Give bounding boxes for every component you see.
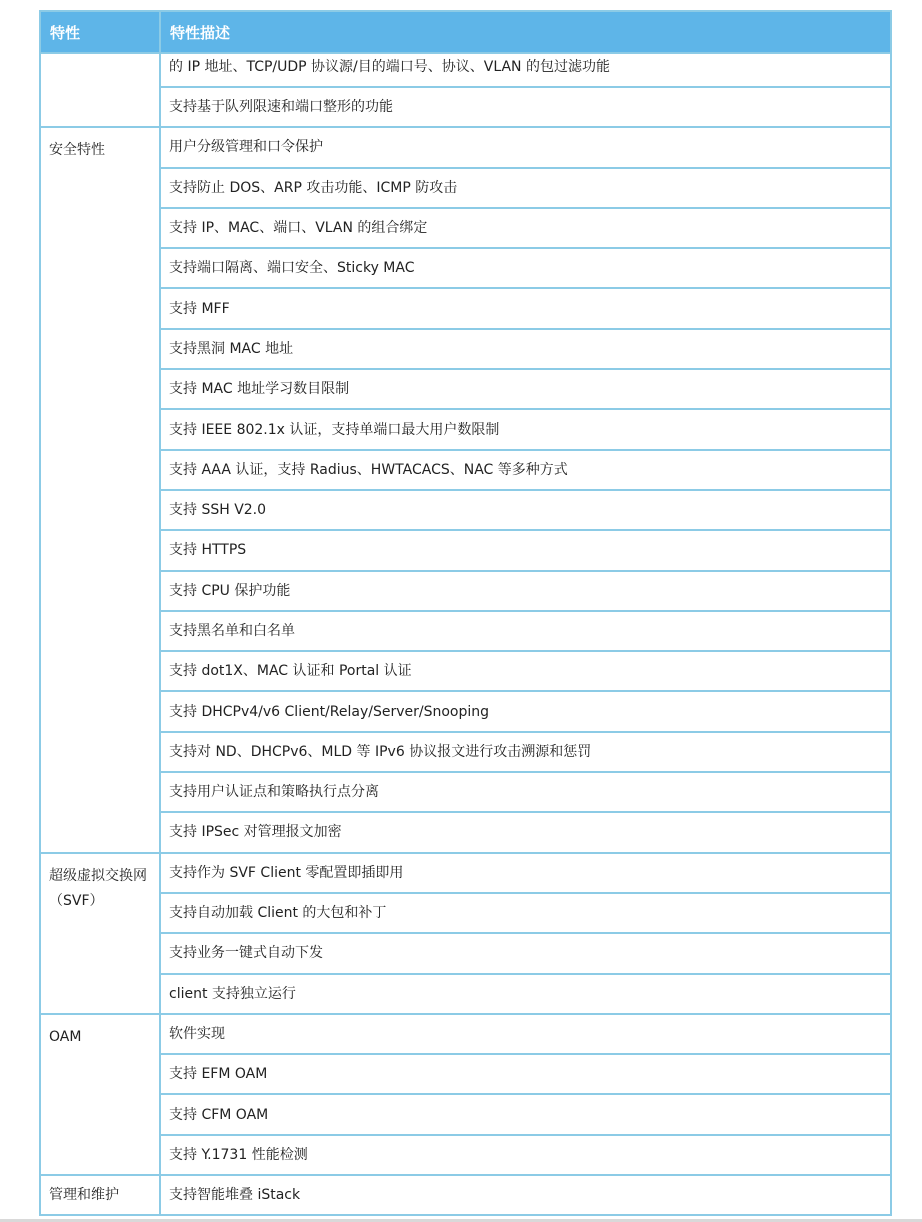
description-cell: 支持 HTTPS xyxy=(160,530,891,570)
table-row: 支持基于队列限速和端口整形的功能 xyxy=(40,87,891,127)
table-row: OAM 软件实现 xyxy=(40,1014,891,1054)
table-row: 支持用户认证点和策略执行点分离 xyxy=(40,772,891,812)
description-cell: 的 IP 地址、TCP/UDP 协议源/目的端口号、协议、VLAN 的包过滤功能 xyxy=(160,53,891,87)
description-cell: 支持 EFM OAM xyxy=(160,1054,891,1094)
description-cell: 用户分级管理和口令保护 xyxy=(160,127,891,167)
description-cell: 支持 CPU 保护功能 xyxy=(160,571,891,611)
table-row: 支持 MFF xyxy=(40,288,891,328)
description-cell: 支持作为 SVF Client 零配置即插即用 xyxy=(160,853,891,893)
description-cell: 支持智能堆叠 iStack xyxy=(160,1175,891,1215)
feature-cell-svf: 超级虚拟交换网（SVF） xyxy=(40,853,160,1014)
table-row: client 支持独立运行 xyxy=(40,974,891,1014)
table-row: 支持 Y.1731 性能检测 xyxy=(40,1135,891,1175)
header-feature-description: 特性描述 xyxy=(160,11,891,53)
description-cell: 支持黑洞 MAC 地址 xyxy=(160,329,891,369)
feature-cell-management: 管理和维护 xyxy=(40,1175,160,1215)
table-row: 支持 IPSec 对管理报文加密 xyxy=(40,812,891,852)
description-cell: 支持自动加载 Client 的大包和补丁 xyxy=(160,893,891,933)
table-row: 支持 CPU 保护功能 xyxy=(40,571,891,611)
description-cell: 支持 dot1X、MAC 认证和 Portal 认证 xyxy=(160,651,891,691)
table-row: 支持 EFM OAM xyxy=(40,1054,891,1094)
description-cell: 支持黑名单和白名单 xyxy=(160,611,891,651)
description-cell: 支持 Y.1731 性能检测 xyxy=(160,1135,891,1175)
table-row: 支持 IEEE 802.1x 认证，支持单端口最大用户数限制 xyxy=(40,409,891,449)
description-cell: 支持 AAA 认证，支持 Radius、HWTACACS、NAC 等多种方式 xyxy=(160,450,891,490)
table-row: 支持 MAC 地址学习数目限制 xyxy=(40,369,891,409)
description-cell: 支持端口隔离、端口安全、Sticky MAC xyxy=(160,248,891,288)
description-cell: 支持 IPSec 对管理报文加密 xyxy=(160,812,891,852)
table-row: 支持自动加载 Client 的大包和补丁 xyxy=(40,893,891,933)
description-cell: 支持 IP、MAC、端口、VLAN 的组合绑定 xyxy=(160,208,891,248)
table-row: 支持 AAA 认证，支持 Radius、HWTACACS、NAC 等多种方式 xyxy=(40,450,891,490)
description-cell: 支持 IEEE 802.1x 认证，支持单端口最大用户数限制 xyxy=(160,409,891,449)
description-cell: 支持 MAC 地址学习数目限制 xyxy=(160,369,891,409)
table-row: 支持 CFM OAM xyxy=(40,1094,891,1134)
table-row: 支持黑名单和白名单 xyxy=(40,611,891,651)
table-row: 支持 DHCPv4/v6 Client/Relay/Server/Snoopin… xyxy=(40,691,891,731)
description-cell: 支持业务一键式自动下发 xyxy=(160,933,891,973)
header-feature: 特性 xyxy=(40,11,160,53)
feature-cell-security: 安全特性 xyxy=(40,127,160,852)
description-cell: 支持 DHCPv4/v6 Client/Relay/Server/Snoopin… xyxy=(160,691,891,731)
table-row: 支持 IP、MAC、端口、VLAN 的组合绑定 xyxy=(40,208,891,248)
feature-cell-oam: OAM xyxy=(40,1014,160,1175)
description-cell: 支持用户认证点和策略执行点分离 xyxy=(160,772,891,812)
table-row: 管理和维护 支持智能堆叠 iStack xyxy=(40,1175,891,1215)
description-cell: 支持对 ND、DHCPv6、MLD 等 IPv6 协议报文进行攻击溯源和惩罚 xyxy=(160,732,891,772)
table-row: 支持 HTTPS xyxy=(40,530,891,570)
description-cell: client 支持独立运行 xyxy=(160,974,891,1014)
feature-spec-table: 特性 特性描述 的 IP 地址、TCP/UDP 协议源/目的端口号、协议、VLA… xyxy=(39,10,892,1216)
table-row: 的 IP 地址、TCP/UDP 协议源/目的端口号、协议、VLAN 的包过滤功能 xyxy=(40,53,891,87)
table-row: 支持黑洞 MAC 地址 xyxy=(40,329,891,369)
table-row: 支持业务一键式自动下发 xyxy=(40,933,891,973)
table-row: 支持 SSH V2.0 xyxy=(40,490,891,530)
table-header-row: 特性 特性描述 xyxy=(40,11,891,53)
feature-cell-continued xyxy=(40,53,160,127)
table-row: 安全特性 用户分级管理和口令保护 xyxy=(40,127,891,167)
table-row: 超级虚拟交换网（SVF） 支持作为 SVF Client 零配置即插即用 xyxy=(40,853,891,893)
table-row: 支持端口隔离、端口安全、Sticky MAC xyxy=(40,248,891,288)
description-cell: 支持 MFF xyxy=(160,288,891,328)
table-row: 支持 dot1X、MAC 认证和 Portal 认证 xyxy=(40,651,891,691)
table-row: 支持防止 DOS、ARP 攻击功能、ICMP 防攻击 xyxy=(40,168,891,208)
description-cell: 软件实现 xyxy=(160,1014,891,1054)
description-cell: 支持防止 DOS、ARP 攻击功能、ICMP 防攻击 xyxy=(160,168,891,208)
description-cell: 支持 CFM OAM xyxy=(160,1094,891,1134)
table-row: 支持对 ND、DHCPv6、MLD 等 IPv6 协议报文进行攻击溯源和惩罚 xyxy=(40,732,891,772)
description-cell: 支持基于队列限速和端口整形的功能 xyxy=(160,87,891,127)
description-cell: 支持 SSH V2.0 xyxy=(160,490,891,530)
